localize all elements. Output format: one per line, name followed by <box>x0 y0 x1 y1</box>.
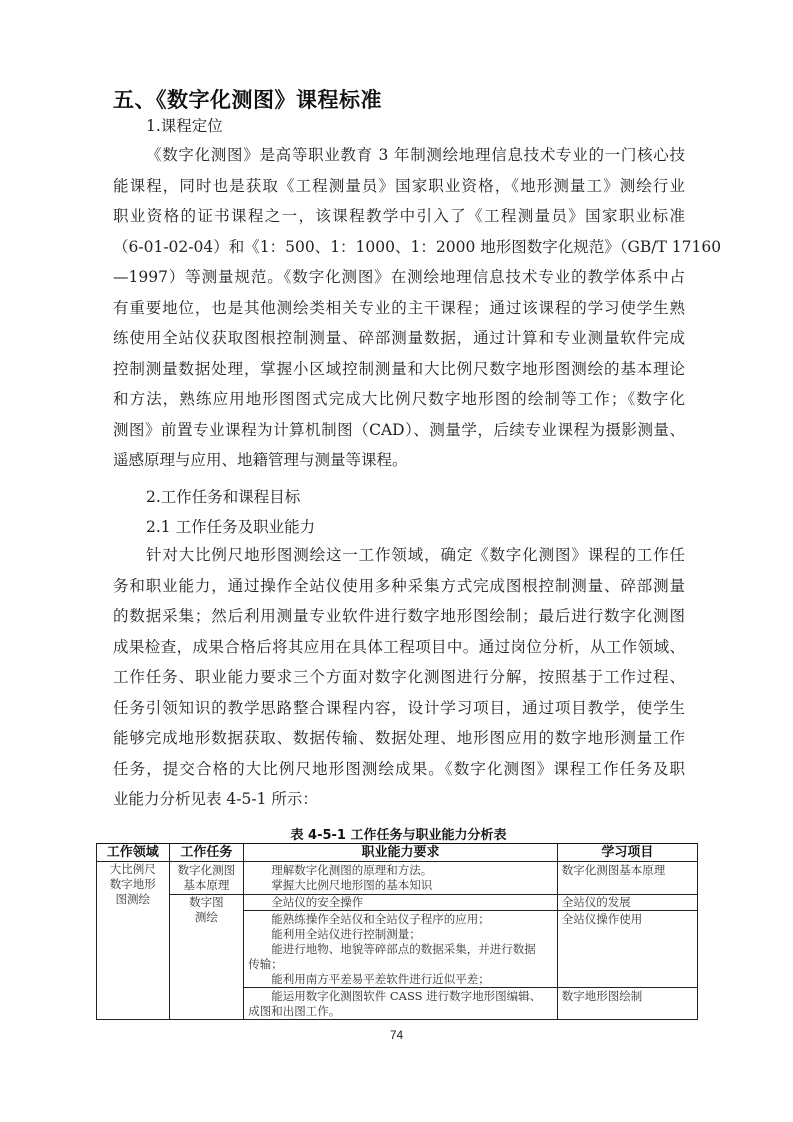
paragraph-line: 任务，提交合格的大比例尺地形图测绘成果。《数字化测图》课程工作任务及职 <box>113 754 685 785</box>
subsection-title-tasks-and-goals: 2.工作任务和课程目标 <box>146 485 300 507</box>
task-line: 基本原理 <box>174 878 240 893</box>
ability-cell: 全站仪的安全操作 <box>244 895 558 911</box>
ability-cell: 理解数字化测图的原理和方法。 掌握大比例尺地形图的基本知识 <box>244 862 558 895</box>
table-row: 数字图 测绘 全站仪的安全操作 全站仪的发展 <box>97 895 698 911</box>
table-caption: 表 4-5-1 工作任务与职业能力分析表 <box>0 824 793 843</box>
ability-line: 成图和出图工作。 <box>248 1004 553 1019</box>
paragraph-line: 成果检查，成果合格后将其应用在具体工程项目中。通过岗位分析，从工作领域、 <box>113 632 685 663</box>
paragraph-line: —1997）等测量规范。《数字化测图》在测绘地理信息技术专业的教学体系中占 <box>113 262 685 293</box>
header-work-domain: 工作领域 <box>97 844 170 862</box>
ability-line: 全站仪的安全操作 <box>248 895 553 910</box>
ability-cell: 能运用数字化测图软件 CASS 进行数字地形图编辑、 成图和出图工作。 <box>244 988 558 1020</box>
header-work-task: 工作任务 <box>169 844 244 862</box>
paragraph-line: （6-01-02-04）和《1：500、1：1000、1：2000 地形图数字化… <box>113 232 685 263</box>
learning-project-cell: 全站仪的发展 <box>557 895 697 911</box>
header-ability-requirement: 职业能力要求 <box>244 844 558 862</box>
page-number: 74 <box>0 1028 793 1042</box>
paragraph-line: 职业资格的证书课程之一，该课程教学中引入了《工程测量员》国家职业标准 <box>113 201 685 232</box>
ability-line: 传输； <box>248 957 553 972</box>
paragraph-line: 针对大比例尺地形图测绘这一工作领域，确定《数字化测图》课程的工作任 <box>113 540 685 571</box>
ability-cell: 能熟练操作全站仪和全站仪子程序的应用； 能利用全站仪进行控制测量； 能进行地物、… <box>244 911 558 988</box>
paragraph-line: 《数字化测图》是高等职业教育 3 年制测绘地理信息技术专业的一门核心技 <box>113 140 685 171</box>
paragraph-line: 务和职业能力，通过操作全站仪使用多种采集方式完成图根控制测量、碎部测量 <box>113 571 685 602</box>
paragraph-line: 工作任务、职业能力要求三个方面对数字化测图进行分解，按照基于工作过程、 <box>113 662 685 693</box>
paragraph-line: 有重要地位，也是其他测绘类相关专业的主干课程；通过该课程的学习使学生熟 <box>113 293 685 324</box>
course-positioning-paragraph: 《数字化测图》是高等职业教育 3 年制测绘地理信息技术专业的一门核心技 能课程，… <box>113 140 685 476</box>
learning-project-cell: 数字地形图绘制 <box>557 988 697 1020</box>
paragraph-line: 练使用全站仪获取图根控制测量、碎部测量数据，通过计算和专业测量软件完成 <box>113 323 685 354</box>
table-row: 大比例尺 数字地形 图测绘 数字化测图 基本原理 理解数字化测图的原理和方法。 … <box>97 862 698 895</box>
domain-line: 数字地形 <box>101 877 165 892</box>
document-page: 五、《数字化测图》课程标准 1.课程定位 《数字化测图》是高等职业教育 3 年制… <box>0 0 793 1122</box>
paragraph-line: 遥感原理与应用、地籍管理与测量等课程。 <box>113 445 685 476</box>
table-header-row: 工作领域 工作任务 职业能力要求 学习项目 <box>97 844 698 862</box>
subsection-title-tasks-and-abilities: 2.1 工作任务及职业能力 <box>146 515 315 537</box>
work-domain-cell: 大比例尺 数字地形 图测绘 <box>97 862 170 1020</box>
ability-line: 能利用南方平差易平差软件进行近似平差； <box>248 972 553 987</box>
paragraph-line: 测图》前置专业课程为计算机制图（CAD）、测量学，后续专业课程为摄影测量、 <box>113 415 685 446</box>
ability-line: 能运用数字化测图软件 CASS 进行数字地形图编辑、 <box>248 989 553 1004</box>
task-ability-table: 工作领域 工作任务 职业能力要求 学习项目 大比例尺 数字地形 图测绘 数字化测… <box>96 843 698 1020</box>
task-line: 测绘 <box>174 910 240 925</box>
paragraph-line: 能课程，同时也是获取《工程测量员》国家职业资格，《地形测量工》测绘行业 <box>113 171 685 202</box>
work-task-cell: 数字化测图 基本原理 <box>169 862 244 895</box>
learning-project-cell: 数字化测图基本原理 <box>557 862 697 895</box>
ability-line: 能利用全站仪进行控制测量； <box>248 927 553 942</box>
task-line: 数字图 <box>174 895 240 910</box>
tasks-paragraph: 针对大比例尺地形图测绘这一工作领域，确定《数字化测图》课程的工作任 务和职业能力… <box>113 540 685 815</box>
paragraph-line: 任务引领知识的教学思路整合课程内容，设计学习项目，通过项目教学，使学生 <box>113 693 685 724</box>
paragraph-line: 业能力分析见表 4-5-1 所示： <box>113 784 685 815</box>
task-line: 数字化测图 <box>174 863 240 878</box>
ability-line: 理解数字化测图的原理和方法。 <box>248 863 553 878</box>
work-task-cell: 数字图 测绘 <box>169 895 244 1020</box>
paragraph-line: 能够完成地形数据获取、数据传输、数据处理、地形图应用的数字地形测量工作 <box>113 723 685 754</box>
domain-line: 大比例尺 <box>101 862 165 877</box>
paragraph-line: 控制测量数据处理，掌握小区域控制测量和大比例尺数字地形图测绘的基本理论 <box>113 354 685 385</box>
subsection-title-course-positioning: 1.课程定位 <box>146 114 223 136</box>
ability-line: 能熟练操作全站仪和全站仪子程序的应用； <box>248 912 553 927</box>
paragraph-line: 和方法，熟练应用地形图图式完成大比例尺数字地形图的绘制等工作；《数字化 <box>113 384 685 415</box>
section-heading: 五、《数字化测图》课程标准 <box>113 84 382 114</box>
paragraph-line: 的数据采集；然后利用测量专业软件进行数字地形图绘制；最后进行数字化测图 <box>113 601 685 632</box>
learning-project-cell: 全站仪操作使用 <box>557 911 697 988</box>
ability-line: 能进行地物、地貌等碎部点的数据采集，并进行数据 <box>248 942 553 957</box>
ability-line: 掌握大比例尺地形图的基本知识 <box>248 878 553 893</box>
domain-line: 图测绘 <box>101 892 165 907</box>
header-learning-project: 学习项目 <box>557 844 697 862</box>
